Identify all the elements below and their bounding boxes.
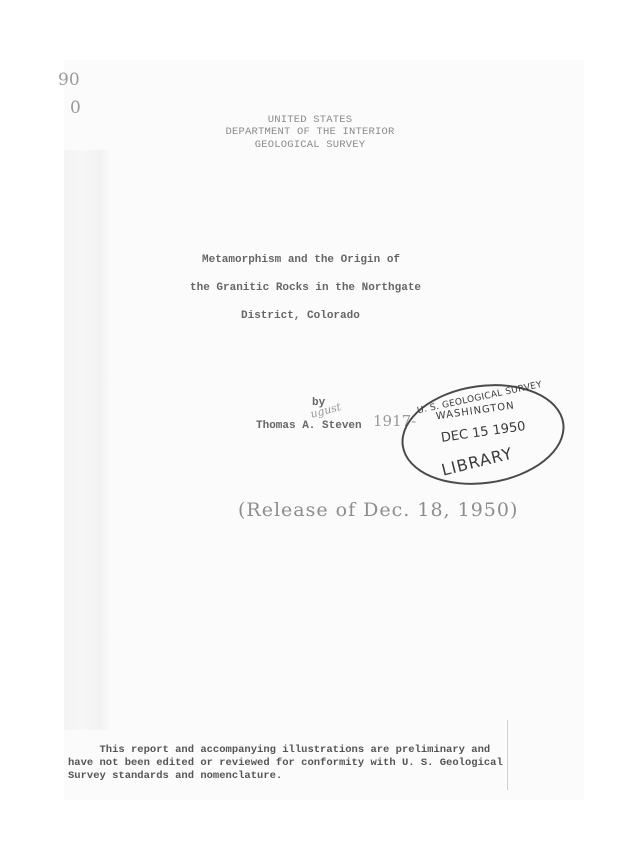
page-edge-shadow bbox=[64, 150, 109, 730]
margin-note-line2: 0 bbox=[70, 98, 81, 118]
paper-crease bbox=[507, 720, 508, 790]
header-agency-line2: DEPARTMENT OF THE INTERIOR bbox=[160, 126, 460, 138]
disclaimer-line3: Survey standards and nomenclature. bbox=[68, 770, 282, 782]
release-note: (Release of Dec. 18, 1950) bbox=[238, 499, 518, 521]
title-line2: the Granitic Rocks in the Northgate bbox=[190, 282, 421, 294]
byline-author: Thomas A. Steven bbox=[256, 420, 362, 432]
disclaimer-line1: This report and accompanying illustratio… bbox=[68, 744, 490, 756]
stamp-library: LIBRARY bbox=[439, 444, 514, 480]
disclaimer-line2: have not been edited or reviewed for con… bbox=[68, 757, 503, 769]
title-line1: Metamorphism and the Origin of bbox=[202, 254, 400, 266]
margin-note-line1: 90 bbox=[58, 70, 80, 90]
title-line3: District, Colorado bbox=[241, 310, 360, 322]
header-agency-line1: UNITED STATES bbox=[160, 114, 460, 126]
stamp-date: DEC 15 1950 bbox=[440, 419, 526, 446]
header-agency-line3: GEOLOGICAL SURVEY bbox=[160, 139, 460, 151]
document-page: 90 0 UNITED STATES DEPARTMENT OF THE INT… bbox=[0, 0, 633, 849]
